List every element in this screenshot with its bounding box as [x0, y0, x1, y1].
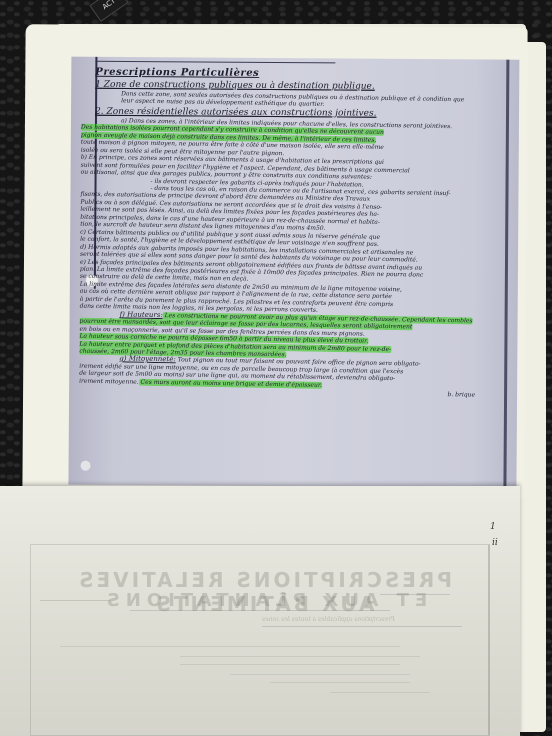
background-tag: ACT: [89, 0, 128, 22]
page-title: Prescriptions Particulières: [95, 67, 501, 81]
bleed-through-line: [230, 674, 410, 675]
top-rule: [95, 61, 335, 64]
front-page: Prescriptions Particulières 1 Zone de co…: [22, 24, 527, 497]
bleed-through-heading: Prescriptions applicables à toutes les z…: [262, 616, 395, 623]
photocopy-area: Prescriptions Particulières 1 Zone de co…: [68, 57, 519, 488]
section-heading-text: g) Mitoyenneté:: [119, 355, 176, 364]
bleed-through-rule: [380, 594, 450, 595]
back-page: PRESCRIPTIONS RELATIVES AUX BÂTIMENTS ET…: [0, 486, 520, 736]
bleed-through-line: [270, 682, 410, 683]
right-margin-rule: [503, 60, 509, 488]
margin-note: 1: [490, 522, 496, 532]
bleed-through-line: [60, 646, 400, 647]
document-text: Prescriptions Particulières 1 Zone de co…: [79, 67, 501, 396]
bleed-through-rule: [130, 610, 390, 611]
bleed-through-line: [180, 664, 400, 665]
punch-hole: [81, 461, 91, 471]
bleed-through-rule: [262, 626, 462, 627]
margin-note: ii: [492, 538, 498, 548]
bleed-through-rule: [40, 600, 110, 601]
bleed-through-line: [180, 656, 420, 657]
bleed-through-line: [330, 692, 430, 693]
